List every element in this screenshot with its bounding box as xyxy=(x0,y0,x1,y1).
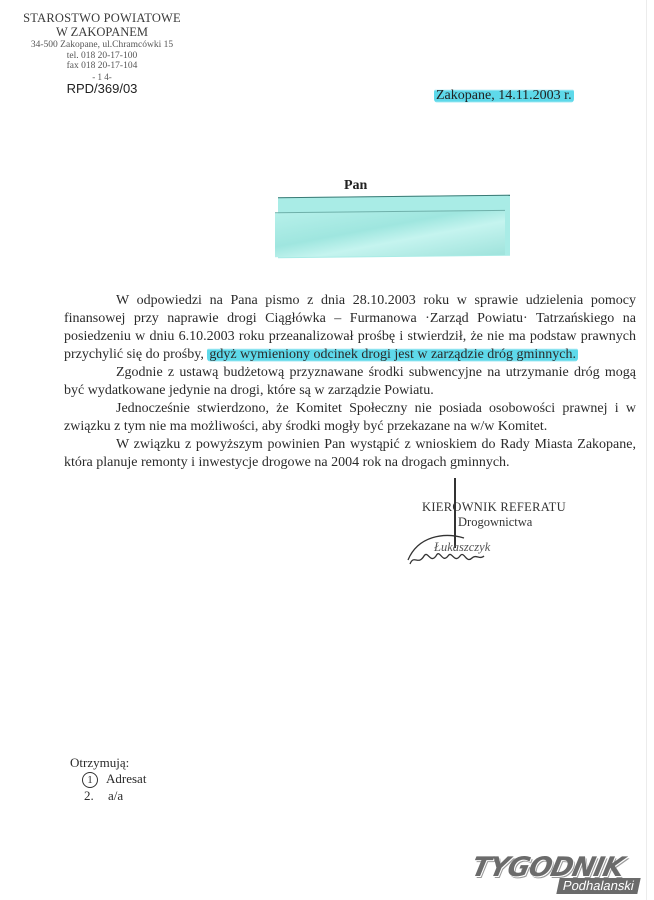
letter-date: Zakopane, 14.11.2003 r. xyxy=(434,88,574,104)
stamp-office-city: W ZAKOPANEM xyxy=(22,26,182,39)
addressee-salutation: Pan xyxy=(344,178,367,194)
recipient-number: 1 xyxy=(82,772,98,788)
paragraph-2: Zgodnie z ustawą budżetową przyznawane ś… xyxy=(64,364,636,400)
highlighted-sentence: gdyż wymieniony odcinek drogi jest w zar… xyxy=(207,347,578,362)
date-highlight: Zakopane, 14.11.2003 r. xyxy=(434,88,574,103)
paragraph-1: W odpowiedzi na Pana pismo z dnia 28.10.… xyxy=(64,292,636,364)
signature-title: KIEROWNIK REFERATU xyxy=(422,500,632,515)
paragraph-4: W związku z powyższym powinien Pan wystą… xyxy=(64,436,636,472)
stamp-office-name: STAROSTWO POWIATOWE xyxy=(22,12,182,25)
recipient-item: 2.a/a xyxy=(84,788,146,804)
recipients-list: Otrzymują: 1Adresat 2.a/a xyxy=(70,755,146,804)
redacted-address-block xyxy=(278,195,510,258)
recipient-number: 2. xyxy=(84,788,108,804)
letterhead-stamp: STAROSTWO POWIATOWE W ZAKOPANEM 34-500 Z… xyxy=(22,12,182,95)
stamp-phone: tel. 018 20-17-100 xyxy=(22,52,182,62)
recipient-label: Adresat xyxy=(106,771,146,786)
signature-department: Drogownictwa xyxy=(458,515,632,530)
recipient-label: a/a xyxy=(108,788,123,803)
stamp-fax: fax 018 20-17-104 xyxy=(22,62,182,72)
reference-number: RPD/369/03 xyxy=(22,82,182,95)
watermark-sub: Podhalanski xyxy=(556,878,640,894)
tygodnik-podhalanski-watermark: TYGODNIK Podhalanski xyxy=(472,852,648,896)
recipient-item: 1Adresat xyxy=(84,771,146,788)
letter-body: W odpowiedzi na Pana pismo z dnia 28.10.… xyxy=(64,292,636,472)
recipients-heading: Otrzymują: xyxy=(70,755,146,771)
handwritten-signature-icon xyxy=(404,530,494,570)
paragraph-3: Jednocześnie stwierdzono, że Komitet Spo… xyxy=(64,400,636,436)
stamp-address: 34-500 Zakopane, ul.Chramcówki 15 xyxy=(22,41,182,51)
